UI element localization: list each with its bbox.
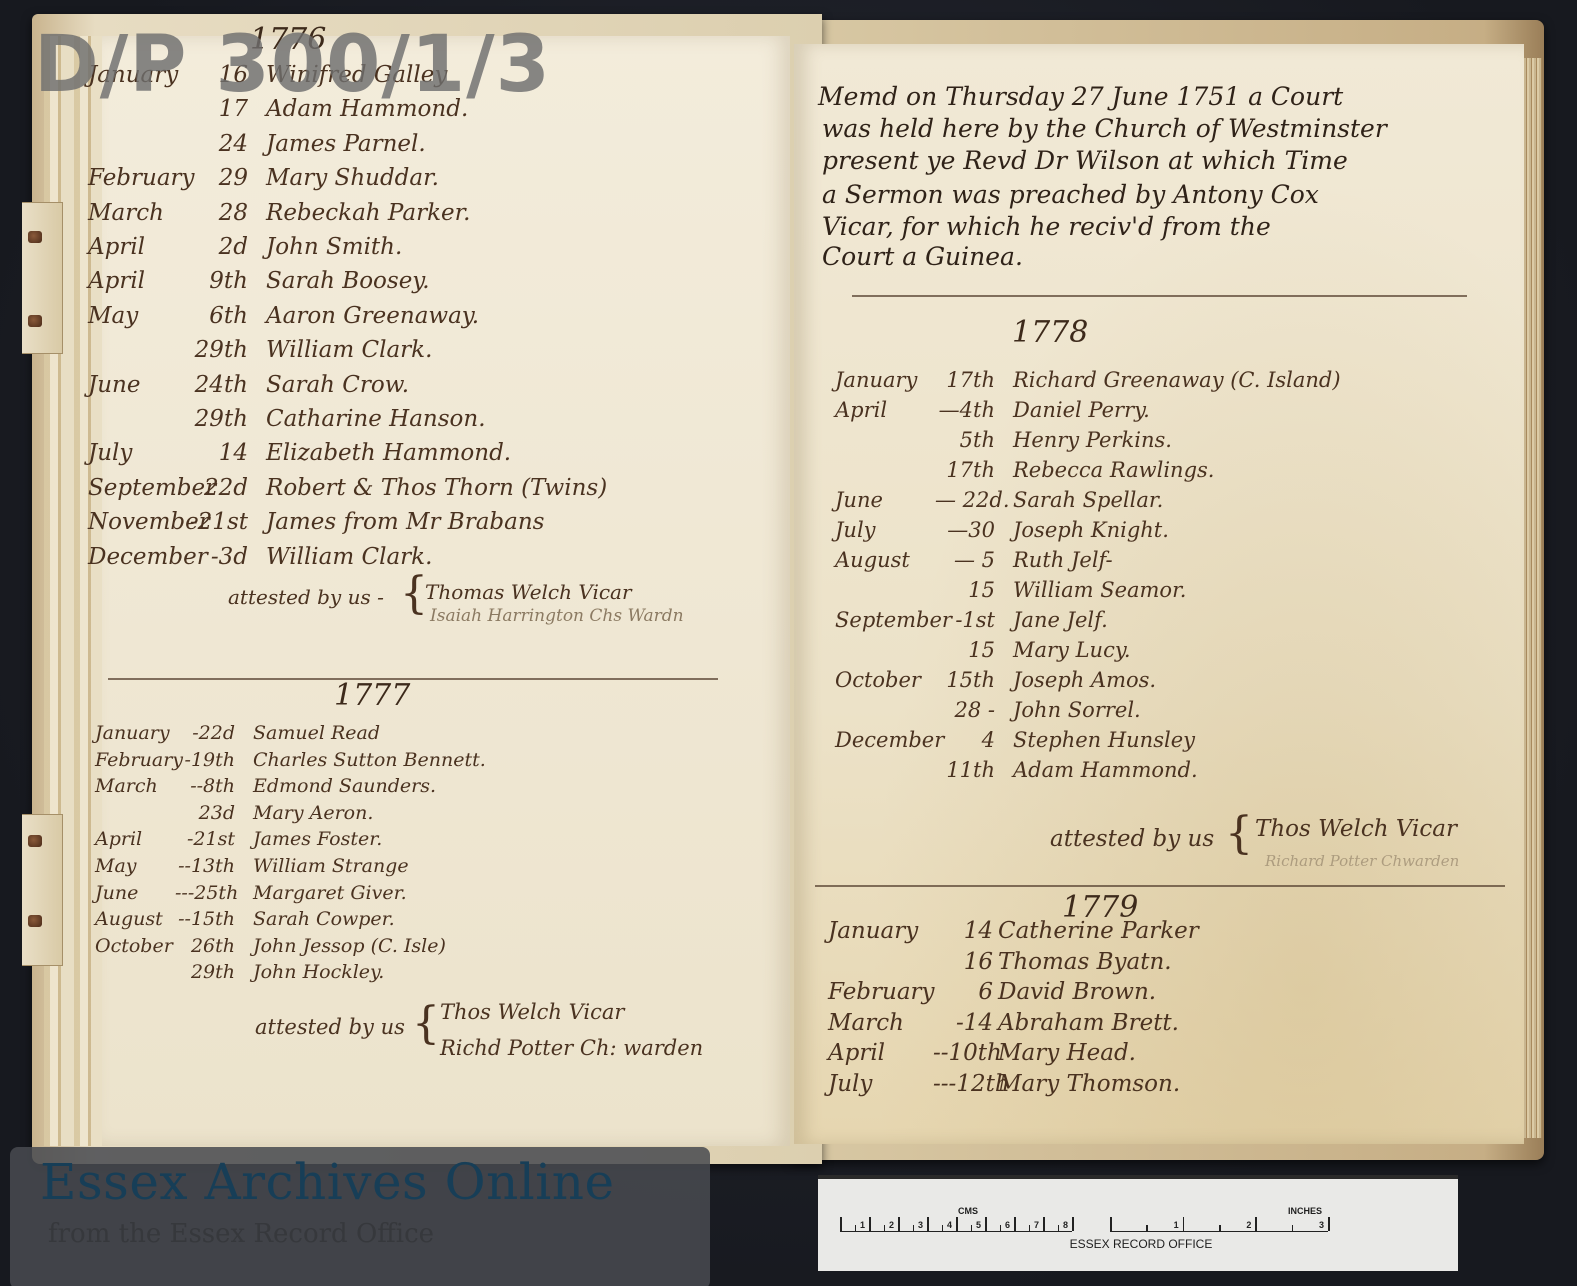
entry-name: Ruth Jelf- — [1013, 548, 1113, 572]
scale-subtick — [942, 1225, 944, 1231]
scale-subtick — [884, 1225, 886, 1231]
scale-subtick — [1219, 1225, 1221, 1231]
scale-tick-label: 1 — [860, 1220, 865, 1230]
entry-day: —4th — [935, 398, 995, 422]
entry-name: Edmond Saunders. — [253, 775, 436, 797]
attestation-label-1777: attested by us — [255, 1015, 405, 1039]
scale-subtick — [1292, 1225, 1294, 1231]
entry-day: — 5 — [935, 548, 995, 572]
brace-icon: { — [400, 572, 428, 616]
entry-name: Catharine Hanson. — [266, 406, 486, 432]
entry-day: 15 — [935, 638, 995, 662]
entry-day: 24 — [188, 131, 248, 157]
entry-name: James from Mr Brabans — [266, 509, 544, 535]
entry-name: John Smith. — [266, 234, 402, 260]
clasp-lower — [22, 814, 63, 966]
signatory-warden-1777: Richd Potter Ch: warden — [440, 1036, 703, 1060]
entry-name: William Clark. — [266, 337, 432, 363]
entry-day: 22d — [188, 475, 248, 501]
entry-day: 29th — [188, 337, 248, 363]
entry-day: 29th — [175, 961, 235, 983]
scale-tick — [869, 1217, 871, 1231]
signatory-warden-1778: Richard Potter Chwarden — [1265, 852, 1459, 870]
rivet-icon — [28, 915, 42, 927]
entry-name: Sarah Boosey. — [266, 268, 430, 294]
entry-day: 6th — [188, 303, 248, 329]
entry-name: Abraham Brett. — [998, 1010, 1179, 1036]
scale-tick-label: 3 — [1319, 1220, 1324, 1230]
signatory-warden-1776: Isaiah Harrington Chs Wardn — [430, 606, 684, 626]
scale-tick-label: 5 — [976, 1220, 981, 1230]
entry-name: Rebeckah Parker. — [266, 200, 470, 226]
attestation-label-1776: attested by us - — [228, 585, 384, 609]
entry-name: Catherine Parker — [998, 918, 1199, 944]
entry-name: Margaret Giver. — [253, 882, 407, 904]
year-heading-1777: 1777 — [334, 678, 410, 713]
scale-tick — [985, 1217, 987, 1231]
year-heading-1778: 1778 — [1012, 315, 1088, 350]
entry-day: --10th — [933, 1040, 993, 1066]
entry-name: Daniel Perry. — [1013, 398, 1150, 422]
entry-day: 28 — [188, 200, 248, 226]
scale-tick-label: 7 — [1034, 1220, 1039, 1230]
scale-tick — [1183, 1217, 1185, 1231]
entry-name: Jane Jelf. — [1013, 608, 1108, 632]
scale-tick — [1328, 1217, 1330, 1231]
entry-name: Mary Head. — [998, 1040, 1136, 1066]
scale-tick — [927, 1217, 929, 1231]
archive-reference-watermark: D/P 300/1/3 — [34, 20, 551, 110]
entry-name: Charles Sutton Bennett. — [253, 749, 486, 771]
entry-name: Sarah Spellar. — [1013, 488, 1163, 512]
entry-day: 23d — [175, 802, 235, 824]
entry-day: -1st — [935, 608, 995, 632]
entry-day: --8th — [175, 775, 235, 797]
scale-tick — [1014, 1217, 1016, 1231]
scale-subtick — [971, 1225, 973, 1231]
entry-day: -3d — [188, 544, 248, 570]
entry-name: Mary Aeron. — [253, 802, 373, 824]
entry-name: David Brown. — [998, 979, 1156, 1005]
scale-tick — [898, 1217, 900, 1231]
entry-name: Joseph Knight. — [1013, 518, 1169, 542]
archive-logo-title: Essex Archives Online — [40, 1153, 615, 1211]
entry-day: — 22d. — [935, 488, 995, 512]
scale-tick-label: 2 — [889, 1220, 894, 1230]
entry-name: Sarah Crow. — [266, 372, 409, 398]
entry-day: 11th — [935, 758, 995, 782]
entry-month: March — [828, 1010, 948, 1036]
entry-day: 15th — [935, 668, 995, 692]
scale-subtick — [913, 1225, 915, 1231]
section-divider — [852, 295, 1467, 297]
entry-day: 14 — [188, 440, 248, 466]
entry-name: Adam Hammond. — [1013, 758, 1198, 782]
entry-day: ---25th — [175, 882, 235, 904]
rivet-icon — [28, 835, 42, 847]
scale-subtick — [855, 1225, 857, 1231]
entry-name: William Seamor. — [1013, 578, 1187, 602]
entry-day: -19th — [175, 749, 235, 771]
entry-day: 2d — [188, 234, 248, 260]
entry-name: Thomas Byatn. — [998, 949, 1172, 975]
entry-day: 9th — [188, 268, 248, 294]
scale-tick — [956, 1217, 958, 1231]
entry-day: 26th — [175, 935, 235, 957]
entry-name: Mary Lucy. — [1013, 638, 1131, 662]
entry-name: Sarah Cowper. — [253, 908, 395, 930]
entry-month: April — [828, 1040, 948, 1066]
entry-name: Joseph Amos. — [1013, 668, 1156, 692]
entry-month: July — [828, 1071, 948, 1097]
scale-subtick — [1058, 1225, 1060, 1231]
inches-scale: 123 — [1110, 1213, 1328, 1232]
brace-icon: { — [1225, 812, 1253, 856]
scale-tick-label: 8 — [1063, 1220, 1068, 1230]
entry-day: 15 — [935, 578, 995, 602]
scale-tick — [1255, 1217, 1257, 1231]
memo-line: a Sermon was preached by Antony Cox — [822, 180, 1319, 209]
scale-subtick — [1146, 1225, 1148, 1231]
cms-scale: 12345678 — [840, 1213, 1072, 1232]
entry-day: —30 — [935, 518, 995, 542]
scale-ruler: CMS 12345678 INCHES 123 ESSEX RECORD OFF… — [818, 1175, 1458, 1271]
scale-tick-label: 1 — [1174, 1220, 1179, 1230]
entry-day: ---12th — [933, 1071, 993, 1097]
rivet-icon — [28, 231, 42, 243]
entry-day: --13th — [175, 855, 235, 877]
entry-name: James Foster. — [253, 828, 382, 850]
section-divider — [108, 678, 718, 680]
memo-line: Vicar, for which he reciv'd from the — [822, 212, 1271, 241]
scale-tick — [1110, 1217, 1112, 1231]
scale-tick-label: 4 — [947, 1220, 952, 1230]
memo-line: Memd on Thursday 27 June 1751 a Court — [818, 82, 1343, 111]
entry-name: William Clark. — [266, 544, 432, 570]
signatory-vicar-1778: Thos Welch Vicar — [1255, 816, 1457, 842]
entry-month: January — [828, 918, 948, 944]
attestation-label-1778: attested by us — [1050, 826, 1214, 852]
entry-name: Mary Shuddar. — [266, 165, 439, 191]
archive-logo-subtitle: from the Essex Record Office — [48, 1219, 434, 1249]
signatory-vicar-1776: Thomas Welch Vicar — [425, 580, 632, 604]
memo-line: was held here by the Church of Westminst… — [822, 114, 1387, 143]
entry-name: Mary Thomson. — [998, 1071, 1180, 1097]
scale-tick-label: 6 — [1005, 1220, 1010, 1230]
entry-day: -14 — [933, 1010, 993, 1036]
entry-day: 17th — [935, 458, 995, 482]
brace-icon: { — [412, 1002, 440, 1046]
section-divider — [815, 885, 1505, 887]
scale-tick — [840, 1217, 842, 1231]
entry-name: Richard Greenaway (C. Island) — [1013, 368, 1341, 392]
entry-day: 29 — [188, 165, 248, 191]
entry-day: -21st — [175, 828, 235, 850]
entry-name: James Parnel. — [266, 131, 426, 157]
record-office-label: ESSEX RECORD OFFICE — [818, 1237, 1464, 1251]
scale-subtick — [1000, 1225, 1002, 1231]
page-fore-edge — [1524, 58, 1542, 1138]
entry-day: 14 — [933, 918, 993, 944]
scale-tick — [1072, 1217, 1074, 1231]
entry-name: Stephen Hunsley — [1013, 728, 1195, 752]
entry-name: Rebecca Rawlings. — [1013, 458, 1214, 482]
entry-name: Henry Perkins. — [1013, 428, 1172, 452]
entry-day: --15th — [175, 908, 235, 930]
entry-day: 5th — [935, 428, 995, 452]
clasp-upper — [22, 202, 63, 354]
memo-line: present ye Revd Dr Wilson at which Time — [822, 146, 1348, 175]
entry-day: 24th — [188, 372, 248, 398]
entry-name: John Jessop (C. Isle) — [253, 935, 446, 957]
scale-subtick — [1029, 1225, 1031, 1231]
entry-day: -21st — [188, 509, 248, 535]
entry-name: John Sorrel. — [1013, 698, 1141, 722]
entry-day: 4 — [935, 728, 995, 752]
entry-day: 28 - — [935, 698, 995, 722]
entry-day: 16 — [933, 949, 993, 975]
entry-month: February — [828, 979, 948, 1005]
rivet-icon — [28, 315, 42, 327]
entry-name: William Strange — [253, 855, 409, 877]
entry-name: Samuel Read — [253, 722, 380, 744]
entry-day: 29th — [188, 406, 248, 432]
scale-tick — [1043, 1217, 1045, 1231]
entry-day: 17th — [935, 368, 995, 392]
entry-name: John Hockley. — [253, 961, 384, 983]
entry-name: Robert & Thos Thorn (Twins) — [266, 475, 607, 501]
signatory-vicar-1777: Thos Welch Vicar — [440, 1000, 624, 1024]
entry-day: -22d — [175, 722, 235, 744]
scale-tick-label: 2 — [1246, 1220, 1251, 1230]
entry-day: 6 — [933, 979, 993, 1005]
entry-name: Aaron Greenaway. — [266, 303, 479, 329]
scale-tick-label: 3 — [918, 1220, 923, 1230]
entry-name: Elizabeth Hammond. — [266, 440, 511, 466]
memo-line: Court a Guinea. — [822, 242, 1023, 271]
